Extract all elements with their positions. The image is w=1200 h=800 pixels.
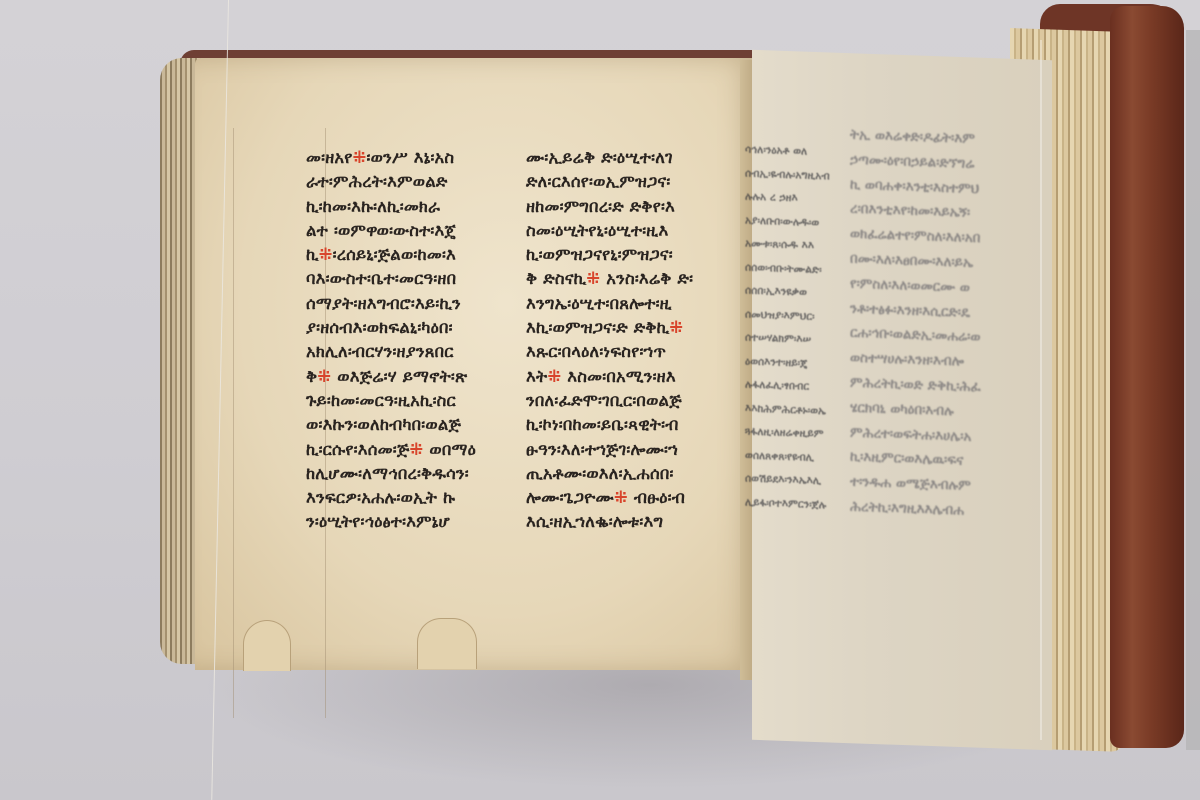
manuscript-line: ፁዓን፡እለ፡ተኀጅገ፡ሎሙ፡ኀ: [526, 438, 693, 462]
interleaf-edge: [1040, 40, 1042, 740]
manuscript-line: ራተ፡ምሕረት፡እምወልድ: [306, 170, 476, 194]
right-leather-board: [1110, 6, 1184, 748]
manuscript-line: እሲ፡ዘኢኀለቈ፡ሎቱ፡እግ: [526, 510, 693, 534]
manuscript-line: ሰብኢ፡ዬብሉ፡አግዚአብ: [745, 162, 830, 188]
right-page-column-1: ሳኅለ፡ንዕአቶ ወለሰብኢ፡ዬብሉ፡አግዚአብሉሉአ ረ ኃዘእአያ፡ለቡበ፡…: [745, 139, 830, 518]
manuscript-line: ሉፋለፈሊ፡ፃበብር: [745, 374, 830, 400]
manuscript-line: ወ፡እኩን፡ወለከብካበ፡ወልጅ: [306, 413, 476, 437]
manuscript-line: ባእ፡ውስተ፡ቤተ፡መርዓ፡ዘበ: [306, 267, 476, 291]
manuscript-line: ኪ፡ከመ፡እኩ፡ለኪ፡መክራ: [306, 195, 476, 219]
manuscript-line: እንፍርዎ፡አሐሉ፡ወኢት ኩ: [306, 486, 476, 510]
manuscript-line: ኪ፡ኮነ፡በከመ፡ይቤ፡ጻዊት፡ብ: [526, 413, 693, 437]
manuscript-line: ሊይፋ፡ቦተእምርን፡ጀሉ: [745, 491, 830, 517]
manuscript-line: ሰሰወ፡ብቡ፡ትሙልድ፡: [745, 256, 830, 282]
manuscript-line: ወሰለጸቀጸ፡የዩብሊ: [745, 444, 830, 470]
manuscript-line: ዕወሰእንተ፡ዘይ፡ጄ: [745, 350, 830, 376]
rubric-cross-icon: ⁜: [669, 318, 683, 337]
manuscript-line: ሰተሠሃልክም፡እሠ: [745, 327, 830, 353]
manuscript-line: ልተ ፡ወምዋወ፡ውስተ፡እጄ: [306, 219, 476, 243]
manuscript-line: ያ፡ዘሰብእ፡ወክፍልኒ፡ካዕበ፡: [306, 316, 476, 340]
manuscript-line: እት⁜ እስመ፡በአሚን፡ዘእ: [526, 365, 693, 389]
rubric-cross-icon: ⁜: [409, 440, 423, 459]
manuscript-line: ሰወሽይደእ፡ንእኤእሊ: [745, 468, 830, 494]
rubric-cross-icon: ⁜: [614, 488, 628, 507]
manuscript-line: ሕረትኪ፡እግዚእእሌብሐ: [850, 495, 981, 524]
right-page-column-2: ትኢ ወእሬቀድ፡ዶፊት፡እምኃጣሙ፡ዕየ፡በኃይል፡ድኘግሬኪ ወባሐቀ፡እን…: [850, 123, 981, 524]
manuscript-line: እኪ፡ወምዝጋና፡ድ ድቅኪ⁜: [526, 316, 693, 340]
rubric-cross-icon: ⁜: [319, 245, 333, 264]
manuscript-line: ሰሰበ፡ኢእንዩቃወ: [745, 280, 830, 306]
manuscript-line: ሰመህዝያ፡እምህር፡: [745, 303, 830, 329]
manuscript-line: እእከሕምሕርቶኑ፡ወኤ: [745, 397, 830, 423]
rubric-cross-icon: ⁜: [317, 367, 331, 386]
manuscript-line: ቅ ድስናኪ⁜ አንስ፡እሬቅ ድ፡: [526, 267, 693, 291]
manuscript-line: ንበለ፡ፈድሞ፡ገቢር፡በወልጅ: [526, 389, 693, 413]
manuscript-line: ሉሉአ ረ ኃዘእ: [745, 186, 830, 212]
manuscript-line: አክሊለ፡ብርሃን፡ዘያንጸበር: [306, 340, 476, 364]
manuscript-line: መ፡ዘአየ⁜፡ወንሥ እኔ፡አስ: [306, 146, 476, 170]
manuscript-line: ዘከመ፡ምግበረ፡ድ ድቅየ፡እ: [526, 195, 693, 219]
manuscript-line: ስመ፡ዕሢትየኒ፡ዕሢተ፡ዚእ: [526, 219, 693, 243]
left-page-column-2: ሙ፡ኢይሬቅ ድ፡ዕሢተ፡ለገድለ፡ርእሰየ፡ወኢምዝጋና፡ዘከመ፡ምግበረ፡ድ…: [526, 146, 693, 535]
manuscript-line: ቅ⁜ ወእጅሬ፡ሃ ይማኖት፡ጽ: [306, 365, 476, 389]
manuscript-line: ሎሙ፡ጌጋዮሙ⁜ ብፁዕ፡ብ: [526, 486, 693, 510]
manuscript-line: ኪ፡ወምዝጋናየኒ፡ምዝጋና፡: [526, 243, 693, 267]
page-tab-left: [243, 620, 291, 671]
manuscript-line: ሰማያት፡ዘእግብሮ፡እይ፡ኪን: [306, 292, 476, 316]
manuscript-line: እንግኤ፡ዕሢተ፡በጸሎተ፡ዚ: [526, 292, 693, 316]
manuscript-line: ጉይ፡ከመ፡መርዓ፡ዚአኪ፡ስር: [306, 389, 476, 413]
rubric-cross-icon: ⁜: [353, 148, 367, 167]
manuscript-line: ሳኅለ፡ንዕአቶ ወለ: [745, 139, 830, 165]
manuscript-line: ን፡ዕሢትየ፡ኅዕፅተ፡እምኔሆ: [306, 510, 476, 534]
manuscript-line: ከሊሆሙ፡ለማኅበረ፡ቅዱሳን፡: [306, 462, 476, 486]
manuscript-line: ኪ⁜፡ረሰይኒ፡ጅልወ፡ከመ፡እ: [306, 243, 476, 267]
manuscript-line: ድለ፡ርእሰየ፡ወኢምዝጋና፡: [526, 170, 693, 194]
manuscript-line: አያ፡ለቡበ፡ውሉዱ፡ወ: [745, 209, 830, 235]
rubric-cross-icon: ⁜: [547, 367, 561, 386]
display-stand: [1186, 30, 1200, 750]
manuscript-line: አሙቱ፡ጸ፡ሱዱ እእ: [745, 233, 830, 259]
manuscript-line: ጓፋለዚ፡ለዘሬቀዚይም: [745, 421, 830, 447]
rubric-cross-icon: ⁜: [586, 269, 600, 288]
page-tab-right: [417, 618, 477, 669]
left-page-column-1: መ፡ዘአየ⁜፡ወንሥ እኔ፡አስራተ፡ምሕረት፡እምወልድኪ፡ከመ፡እኩ፡ለኪ፡…: [306, 146, 476, 535]
manuscript-line: ሙ፡ኢይሬቅ ድ፡ዕሢተ፡ለገ: [526, 146, 693, 170]
ruling-line: [233, 128, 234, 718]
manuscript-line: ጢአቶሙ፡ወእለ፡ኢሐሰበ፡: [526, 462, 693, 486]
manuscript-line: እጹር፡በላዕለ፡ነፍስየ፡ኀጥ: [526, 340, 693, 364]
manuscript-line: ኪ፡ርሱየ፡እሰመ፡ጅ⁜ ወበማዕ: [306, 438, 476, 462]
